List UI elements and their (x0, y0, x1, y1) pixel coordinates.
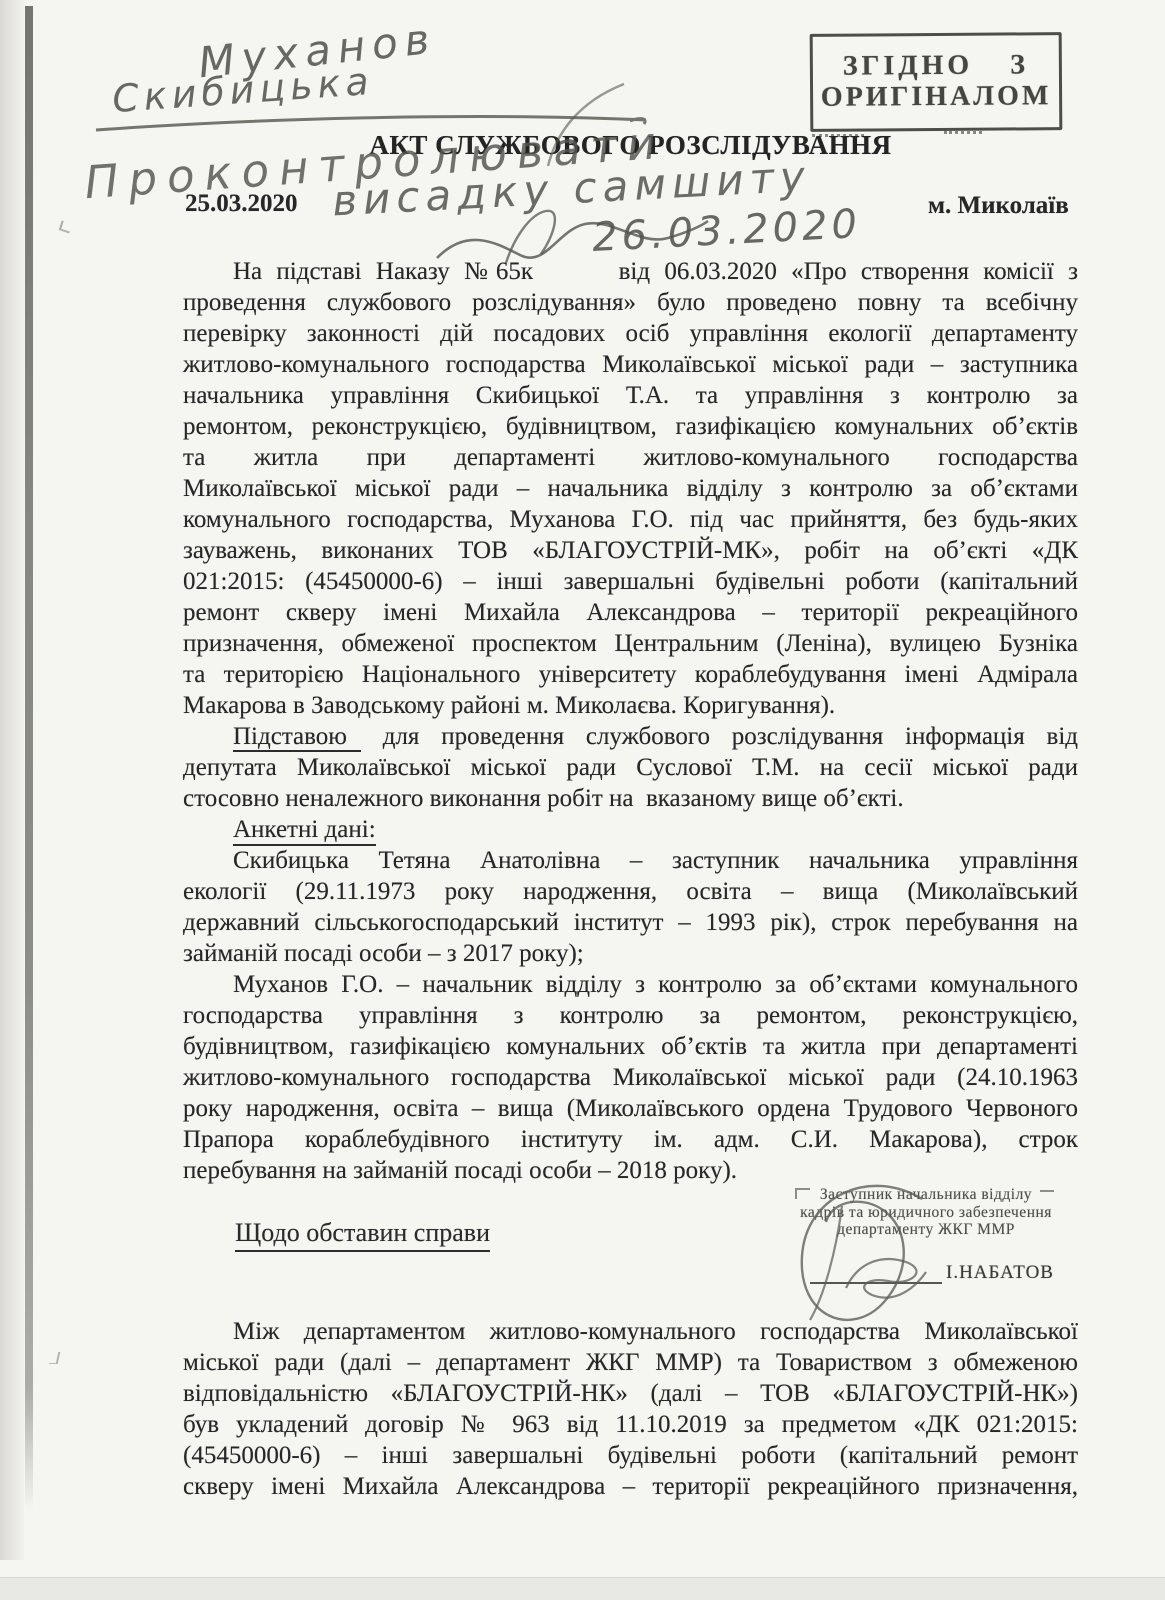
signature-row: І.НАБАТОВ (810, 1262, 1054, 1284)
handwritten-name-skybytska: Скибицька (111, 59, 375, 121)
text-line: Скибицька Тетяна Анатолівна – заступник … (183, 845, 1078, 876)
text-line: Миколаївської міської ради – начальника … (183, 473, 1078, 504)
paragraph: Скибицька Тетяна Анатолівна – заступник … (183, 845, 1078, 969)
text-line: скверу імені Михайла Александрова – тери… (183, 1471, 1078, 1502)
paragraph: Підставою для проведення службового розс… (183, 721, 1078, 814)
text-line: був укладений договір № 963 від 11.10.20… (183, 1409, 1078, 1440)
text-line: (45450000-6) – інші завершальні будівель… (183, 1440, 1078, 1471)
approver-role-line: департаменту ЖКГ ММР (793, 1221, 1059, 1239)
text-line: та територією Національного університету… (183, 659, 1078, 690)
signature-line (810, 1264, 942, 1284)
scan-bottom-band (0, 1577, 1165, 1600)
text-line: будівництвом, газифікацією комунальних о… (183, 1031, 1078, 1062)
paragraph: На підставі Наказу №65к від 06.03.2020 «… (183, 256, 1078, 721)
scan-speck (59, 221, 73, 234)
stamp-line-1: ЗГІДНО З (843, 50, 1029, 81)
approver-role-line: Заступник начальника відділу (793, 1186, 1059, 1204)
paragraph: Муханов Г.О. – начальник відділу з контр… (183, 969, 1078, 1186)
text-line: стосовно неналежного виконання робіт на … (183, 783, 1078, 814)
text-line: екології (29.11.1973 року народження, ос… (183, 876, 1078, 907)
paragraph: Між департаментом житлово-комунального г… (183, 1316, 1078, 1502)
text-line: призначення, обмеженої проспектом Центра… (183, 628, 1078, 659)
text-line: господарства управління з контролю за ре… (183, 1000, 1078, 1031)
text-line: зауважень, виконаних ТОВ «БЛАГОУСТРІЙ-МК… (183, 535, 1078, 566)
underlined-word: Підставою (233, 723, 361, 752)
text-line: проведення службового розслідування» бул… (183, 287, 1078, 318)
scan-edge-band (0, 0, 24, 1560)
text-line: Прапора кораблебудівного інституту ім. а… (183, 1124, 1078, 1155)
document-body: На підставі Наказу №65к від 06.03.2020 «… (183, 256, 1078, 1186)
text-line: ремонтом, реконструкцією, будівництвом, … (183, 411, 1078, 442)
text-line: 021:2015: (45450000-6) – інші завершальн… (183, 566, 1078, 597)
scan-edge-line (25, 6, 33, 1511)
heading-circumstances: Щодо обставин справи (235, 1218, 490, 1252)
text-line: начальника управління Скибицької Т.А. та… (183, 380, 1078, 411)
text-line: відповідальністю «БЛАГОУСТРІЙ-НК» (далі … (183, 1378, 1078, 1409)
text-line: Між департаментом житлово-комунального г… (183, 1316, 1078, 1347)
heading-text: Анкетні дані: (233, 816, 376, 846)
text-line: комунального господарства, Муханова Г.О.… (183, 504, 1078, 535)
text-line: перебування на займаній посаді особи – 2… (183, 1155, 1078, 1186)
text-line: Макарова в Заводському районі м. Миколає… (183, 690, 1078, 721)
heading-personal-data: Анкетні дані: (183, 814, 1078, 845)
text-line: Підставою для проведення службового розс… (183, 721, 1078, 752)
text-line: На підставі Наказу №65к від 06.03.2020 «… (183, 256, 1078, 287)
text-line: житлово-комунального господарства Микола… (183, 349, 1078, 380)
text-line: та житла при департаменті житлово-комуна… (183, 442, 1078, 473)
scanned-document-page: ЗГІДНО З ОРИГІНАЛОМ АКТ СЛУЖБОВОГО РОЗСЛ… (0, 0, 1165, 1600)
text-line: міської ради (далі – департамент ЖКГ ММР… (183, 1347, 1078, 1378)
text-line: ремонт скверу імені Михайла Александрова… (183, 597, 1078, 628)
handwritten-date: 26.03.2020 (591, 201, 862, 261)
stamp-line-2: ОРИГІНАЛОМ (821, 80, 1052, 114)
text-line: державний сільськогосподарський інститут… (183, 907, 1078, 938)
approval-block: Заступник начальника відділу кадрів та ю… (793, 1186, 1059, 1239)
text-line: Муханов Г.О. – начальник відділу з контр… (183, 969, 1078, 1000)
scan-speck (49, 1352, 61, 1364)
certified-copy-stamp: ЗГІДНО З ОРИГІНАЛОМ (810, 32, 1063, 132)
approver-name: І.НАБАТОВ (946, 1262, 1054, 1284)
document-city: м. Миколаїв (928, 192, 1069, 220)
text-line: житлово-комунального господарства Микола… (183, 1062, 1078, 1093)
text-line: перевірку законності дій посадових осіб … (183, 318, 1078, 349)
text-line: року народження, освіта – вища (Миколаїв… (183, 1093, 1078, 1124)
document-closing: Між департаментом житлово-комунального г… (183, 1316, 1078, 1502)
text-line: депутата Миколаївської міської ради Сусл… (183, 752, 1078, 783)
approver-role-line: кадрів та юридичного забезпечення (793, 1204, 1059, 1222)
text-line: займаній посаді особи – з 2017 року); (183, 938, 1078, 969)
